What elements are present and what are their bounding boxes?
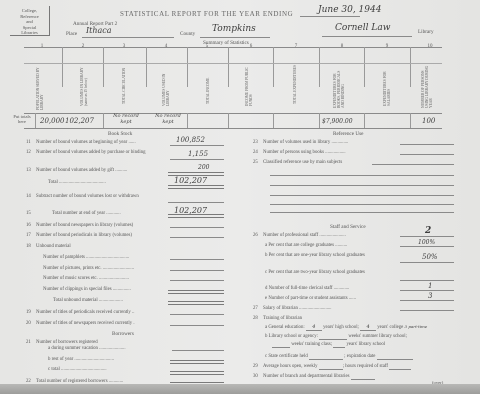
row-28b: b Library school or agency: weeks' summe… — [265, 334, 407, 340]
col-header-persons: NUMBER OF PERSONS USING LIBRARY DURING Y… — [421, 63, 433, 108]
library-label: Library — [418, 29, 434, 35]
circulation-value[interactable]: No record kept — [108, 113, 144, 125]
college-years-value[interactable]: 4 — [360, 324, 376, 331]
row-20: 20Number of titles of newspapers receive… — [26, 321, 135, 326]
staff-service-heading: Staff and Service — [330, 224, 366, 230]
col-num-6: 6 — [241, 44, 261, 49]
volumes-value[interactable]: 102,207 — [65, 117, 94, 125]
col-num-4: 4 — [156, 44, 176, 49]
row-28: 28Training of librarian — [253, 316, 302, 321]
row-12-value[interactable]: 1,155 — [188, 150, 208, 158]
row-25: 25Classified reference use by main subje… — [253, 160, 342, 165]
report-page: College, Reference and Special Libraries… — [0, 0, 480, 386]
hs-years-value[interactable]: 4 — [306, 324, 322, 331]
col-num-7: 7 — [286, 44, 306, 49]
col-header-income: TOTAL INCOME — [206, 78, 210, 104]
books-expenditure-value[interactable]: $7,900.00 — [322, 118, 353, 125]
row-26: 26Number of professional staff .........… — [253, 233, 346, 238]
one-year-grad-value[interactable]: 50% — [422, 253, 438, 261]
col-num-3: 3 — [114, 44, 134, 49]
row-23: 23Number of volumes used in library ....… — [253, 140, 348, 145]
library-school-field[interactable] — [319, 334, 347, 340]
col-num-10: 10 — [420, 44, 440, 49]
total-row: Total ..................................… — [48, 180, 106, 185]
subject-line[interactable] — [270, 195, 454, 196]
library-type-box: College, Reference and Special Libraries — [10, 6, 50, 36]
row-26a: a Per cent that are college graduates ..… — [265, 243, 347, 248]
county-label: County — [180, 31, 195, 37]
row-13: 13Number of bound volumes added by gift … — [26, 168, 127, 173]
col-num-5: 5 — [197, 44, 217, 49]
persons-value[interactable]: 100 — [422, 117, 435, 125]
row-26e: e Number of part-time or student assista… — [265, 296, 356, 301]
col-header-volumes: VOLUMES IN LIBRARY (same as 15 below) — [80, 66, 88, 106]
part-time-value[interactable]: 3 — [428, 292, 432, 300]
row-28a: a General education: 4 years' high schoo… — [265, 324, 427, 331]
row-26c: c Per cent that are two-year library sch… — [265, 270, 383, 276]
row-30: 30Number of branch and departmental libr… — [253, 374, 375, 380]
row-21: 21Number of borrowers registered — [26, 340, 98, 345]
row-total-unbound: Total unbound material .................… — [53, 298, 123, 303]
row-pamphlets: Number of pamphlets ....................… — [43, 255, 129, 260]
subject-line[interactable] — [270, 185, 454, 186]
hours-open-field[interactable] — [319, 364, 343, 370]
row-28c: c State certificate held ; expiration da… — [265, 354, 413, 360]
col-header-public-funds: INCOME FROM PUBLIC FUNDS — [245, 66, 253, 106]
college-grad-value[interactable]: 100% — [418, 239, 435, 246]
col-num-2: 2 — [73, 44, 93, 49]
library-school-years-field[interactable] — [333, 342, 345, 348]
row-18: 18Unbound material — [26, 244, 71, 249]
row-14: 14Subtract number of bound volumes lost … — [26, 194, 166, 200]
subject-line[interactable] — [270, 204, 454, 205]
population-value[interactable]: 20,000 — [40, 117, 65, 125]
borrowers-heading: Borrowers — [112, 331, 134, 337]
place-label: Place — [66, 31, 77, 37]
col-header-salaries: EXPENDITURES FOR SALARIES — [383, 66, 391, 106]
clerical-staff-value[interactable]: 1 — [428, 282, 432, 290]
row-21a: a during summer vacation ...............… — [48, 346, 126, 351]
row-15: 15Total number at end of year ..........… — [26, 211, 121, 216]
row-clippings: Number of clippings in special files ...… — [43, 287, 131, 292]
row-16: 16Number of bound newspapers in library … — [26, 223, 133, 228]
certificate-field[interactable] — [309, 354, 343, 360]
branches-field[interactable] — [351, 374, 375, 380]
row-11: 11Number of bound volumes at beginning o… — [26, 140, 136, 145]
volumes-used-value[interactable]: No record kept — [150, 113, 186, 125]
row-11-value[interactable]: 100,852 — [176, 136, 205, 144]
col-num-1: 1 — [32, 44, 52, 49]
book-stock-heading: Book Stock — [108, 131, 132, 137]
year-ending-value[interactable]: June 30, 1944 — [318, 5, 381, 15]
row-pictures: Number of pictures, prints etc. ........… — [43, 266, 134, 271]
row-29: 29Average hours open, weekly ; hours req… — [253, 364, 411, 370]
expiration-field[interactable] — [377, 354, 413, 360]
report-title: STATISTICAL REPORT FOR THE YEAR ENDING — [120, 10, 293, 18]
put-totals-label: Put totals here — [10, 114, 34, 124]
row-17: 17Number of bound periodicals in library… — [26, 233, 132, 238]
training-class-weeks-field[interactable] — [272, 342, 290, 348]
county-value[interactable]: Tompkins — [212, 24, 256, 34]
row-12: 12Number of bound volumes added by purch… — [26, 150, 166, 156]
row-27: 27Salary of librarian ..................… — [253, 306, 331, 311]
subject-line[interactable] — [270, 212, 454, 213]
subject-line[interactable] — [270, 175, 454, 176]
reference-use-heading: Reference Use — [333, 131, 363, 137]
col-num-8: 8 — [332, 44, 352, 49]
row-26b: b Per cent that are one-year library sch… — [265, 253, 383, 259]
row-26d: d Number of full-time clerical staff ...… — [265, 286, 349, 291]
col-header-population: POPULATION SERVED BY LIBRARY — [36, 65, 44, 110]
col-num-9: 9 — [377, 44, 397, 49]
row-24: 24Number of persons using books ........… — [253, 150, 346, 155]
library-name-value[interactable]: Cornell Law — [335, 23, 390, 33]
corner-line: Libraries — [10, 30, 49, 36]
row-21c: c total ................................… — [48, 367, 107, 372]
total-value[interactable]: 102,207 — [174, 176, 207, 185]
col-header-circulation: TOTAL CIRCULATION — [122, 68, 126, 104]
page-edge — [0, 384, 480, 394]
staff-hours-field[interactable] — [389, 364, 411, 370]
col-header-volumes-used: VOLUMES USED IN LIBRARY — [162, 66, 170, 106]
row-13-value[interactable]: 200 — [198, 164, 209, 171]
place-value[interactable]: Ithaca — [86, 26, 112, 35]
row-21b: b rest of year .........................… — [48, 357, 114, 362]
row-19: 19Number of titles of periodicals receiv… — [26, 310, 134, 315]
college-note[interactable]: 3 part-time — [405, 324, 428, 329]
row-28b-cont: weeks' training class; years' library sc… — [272, 342, 385, 348]
row-music: Number of music scores etc. ............… — [43, 276, 129, 281]
col-header-expenditures: TOTAL EXPENDITURES — [293, 64, 297, 104]
professional-staff-value[interactable]: 2 — [425, 226, 431, 236]
col-header-books-exp: EXPENDITURES FOR BOOKS, PERIODICALS AND … — [333, 63, 345, 108]
